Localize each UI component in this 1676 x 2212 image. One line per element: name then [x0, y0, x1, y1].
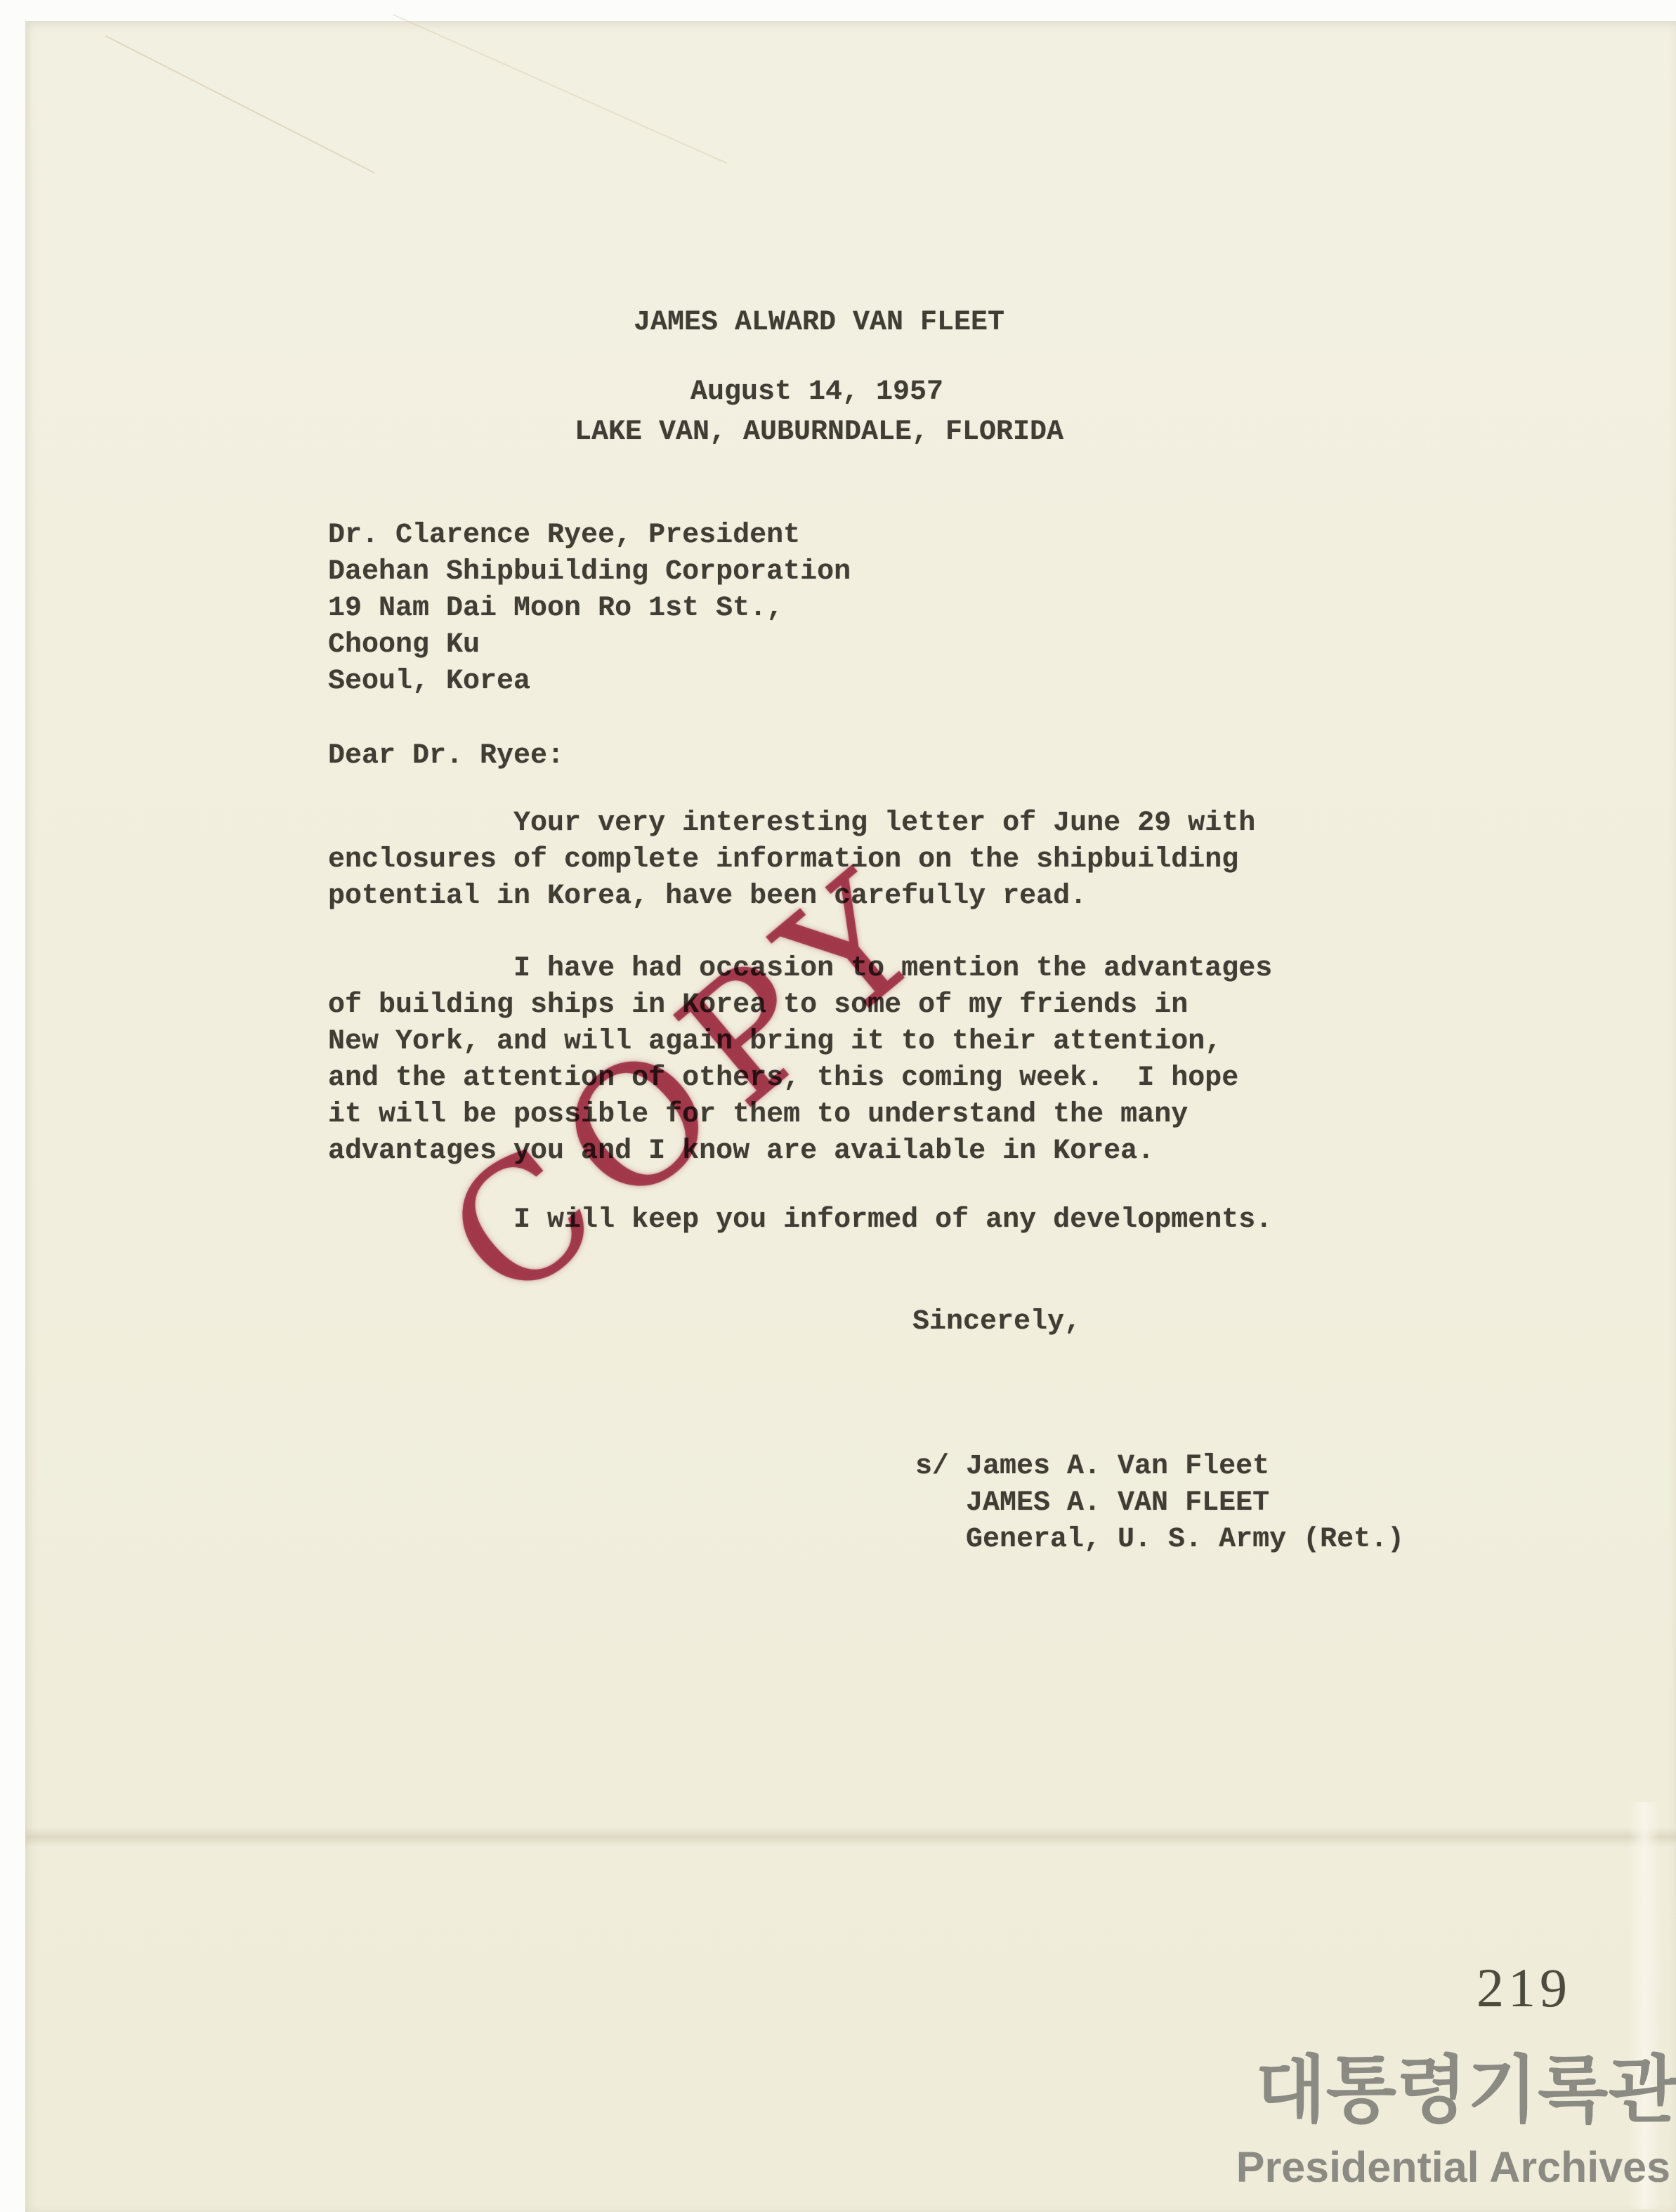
letterhead-sender-name: JAMES ALWARD VAN FLEET: [323, 305, 1315, 341]
closing: Sincerely,: [912, 1304, 1081, 1341]
letterhead-sender-address: LAKE VAN, AUBURNDALE, FLORIDA: [323, 414, 1315, 451]
archive-watermark-english: Presidential Archives: [1236, 2145, 1670, 2190]
recipient-address-block: Dr. Clarence Ryee, President Daehan Ship…: [328, 518, 851, 700]
paper-crease-horizontal: [25, 1827, 1676, 1847]
archive-watermark-korean: 대통령기록관: [1255, 2052, 1676, 2129]
date-line: August 14, 1957: [690, 374, 943, 411]
page-number: 219: [1477, 1961, 1571, 2015]
salutation: Dear Dr. Ryee:: [328, 738, 564, 775]
scanned-letter-page: JAMES ALWARD VAN FLEET LAKE VAN, AUBURND…: [0, 0, 1676, 2212]
signature-block: s/ James A. Van Fleet JAMES A. VAN FLEET…: [915, 1449, 1404, 1558]
